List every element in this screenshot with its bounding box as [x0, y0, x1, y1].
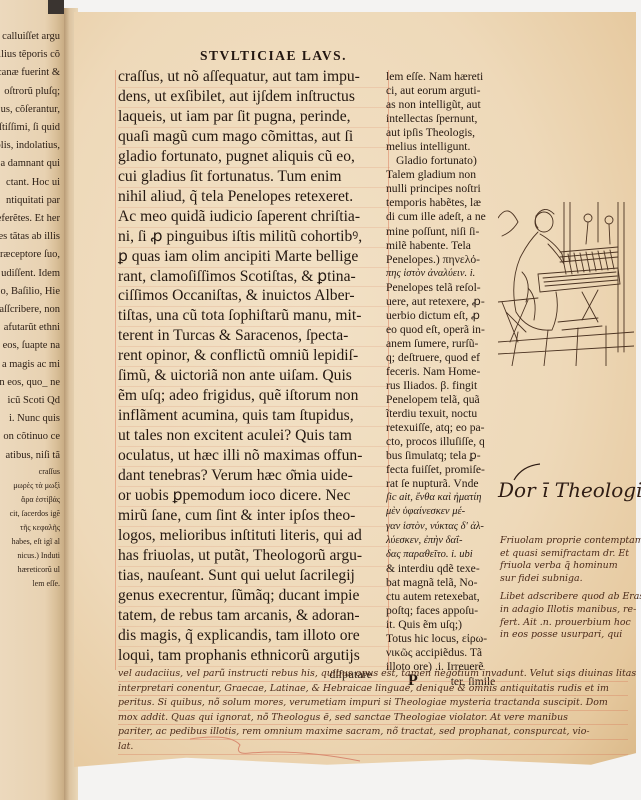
footnote-line: interpretari conentur, Graecae, Latinae,… [118, 682, 628, 697]
footnote-line: vel audaciius, vel parũ instructi rebus … [118, 667, 628, 682]
text-line: Ac meo quidã iudicio ſaperent chriſtia- [118, 208, 390, 228]
left-line: aſſcribere, non [0, 301, 60, 319]
red-margin-rule [115, 70, 116, 670]
commentary-line: Talem gladium non [386, 168, 504, 182]
left-line: ctant. Hoc ui [0, 174, 60, 192]
text-line: quaſi magũ cum mago cõmittas, aut ſi [118, 128, 390, 148]
penelope-loom-drawing [498, 202, 634, 366]
text-line: ẽm uſq; adeo frigidus, quẽ iſtorum non [118, 387, 390, 407]
left-line: us, cõſerantur, [0, 101, 60, 119]
commentary-line: q; deſtruere, quod ef [386, 351, 504, 365]
left-note-line: ἄρα ἐστίβάς [0, 493, 60, 507]
commentary-line: Penelopes telã reſol- [386, 281, 504, 295]
left-note-line: craſſus [0, 465, 60, 479]
text-line: nihil aliud, q̃ tela Penelopes retexeret… [118, 188, 390, 208]
commentary-line: Gladio fortunato) [386, 154, 504, 168]
commentary-line: fecta fuiſſet, promiſe- [386, 463, 504, 477]
commentary-line: bat magnã telã, No- [386, 576, 504, 590]
left-line: n eos, quo_ ne [0, 374, 60, 392]
left-line: udiſſent. Idem [0, 265, 60, 283]
left-line: oſtrorũ pluſq; [0, 83, 60, 101]
left-line: eferẽtes. Et her [0, 210, 60, 228]
text-line: ut tales non excitent aculei? Quis tam [118, 427, 390, 447]
left-line: es tãtas ab illis [0, 228, 60, 246]
commentary-line: as non intelligũt, aut [386, 98, 504, 112]
commentary-line: melius intelligunt. [386, 140, 504, 154]
commentary-line: μὲν ὑφαίνεσκεν μέ- [386, 505, 504, 519]
left-line: a magis ac mi [0, 356, 60, 374]
commentary-line: Totus hic locus, εἰρω- [386, 632, 504, 646]
commentary-line: uerbio dictum eſt, ꝓ [386, 309, 504, 323]
commentary-line: retexuiſſe, atq; eo pa- [386, 421, 504, 435]
text-line: cui gladius ſit fortunatus. Tum enim [118, 168, 390, 188]
left-note-line: hæreticorũ ul [0, 563, 60, 577]
text-line: dens, ut exſibilet, aut ijſdem inſtructu… [118, 88, 390, 108]
main-text-column: craſſus, ut nõ aſſequatur, aut tam impu-… [118, 68, 390, 681]
text-line: tias, nauſeant. Sunt qui uelut ſacrilegi… [118, 567, 390, 587]
commentary-line: it. Quis ẽm uſq;) [386, 618, 504, 632]
left-line: eos, ſuapte na [0, 337, 60, 355]
commentary-line: anem ſumere, rurſũ- [386, 337, 504, 351]
left-line: icũ Scoti Qd [0, 392, 60, 410]
left-line: atibus, niſi tã [0, 447, 60, 465]
red-ink-flourish [170, 735, 370, 765]
left-line: llius tẽporis cõ [0, 46, 60, 64]
commentary-column: lem eſſe. Nam hæreti ci, aut eorum argut… [386, 70, 504, 689]
left-line: ſtiſſimi, ſi quid [0, 119, 60, 137]
commentary-line: ci, aut eorum arguti- [386, 84, 504, 98]
text-line: tatem, de rebus tam arcanis, & adoran- [118, 607, 390, 627]
left-line: o, Baſilio, Hie [0, 283, 60, 301]
commentary-line: nulli principes noſtri [386, 182, 504, 196]
left-line: on cõtinuo ce [0, 428, 60, 446]
commentary-line: γαν ἱστὸν, νύκτας δ' ἀλ- [386, 520, 504, 534]
commentary-line: rus Iliados. β. fingit [386, 379, 504, 393]
text-line: oculatus, ut hæc illi nõ maximas offun- [118, 447, 390, 467]
left-line: i. Nunc quis [0, 410, 60, 428]
commentary-line: δας παραθεῖτο. i. ubi [386, 548, 504, 562]
footnote-line: mox addit. Quas qui ignorat, nõ Theologu… [118, 711, 628, 726]
commentary-line: νικῶς accipiẽdus. Tã [386, 646, 504, 660]
text-line: dant tenebras? Verum hæc o͂mia uide- [118, 467, 390, 487]
footnote-line: peritus. Si quibus, nõ solum mores, veru… [118, 696, 628, 711]
left-note-line: habes, eſt igĩ al [0, 535, 60, 549]
left-line: canæ fuerint & [0, 64, 60, 82]
left-page-text: calluiſſet argu llius tẽporis cõ canæ fu… [0, 28, 60, 591]
commentary-line: lem eſſe. Nam hæreti [386, 70, 504, 84]
margin-note-line: sur fidei subniga. [500, 573, 641, 586]
text-line: rent opinor, & conflictũ omniũ lepidiſ- [118, 347, 390, 367]
text-line: ꝑ quas iam olim ancipiti Marte bellige [118, 248, 390, 268]
text-line: has friuolas, ut putãt, Theologorũ argu- [118, 547, 390, 567]
commentary-line: poſtq; faces appoſu- [386, 604, 504, 618]
margin-note-line: fert. Ait .n. prouerbium hoc [500, 617, 641, 630]
left-note-line: cit, ſacerdos igẽ [0, 507, 60, 521]
commentary-line: ſic ait, ἔνθα καὶ ἠματίη [386, 491, 504, 505]
commentary-line: uere, aut retexere, ꝓ- [386, 295, 504, 309]
commentary-line: di cum ille adeſt, a ne [386, 210, 504, 224]
text-line: genus execrentur, ſũmãq; ducant impie [118, 587, 390, 607]
left-line: ræceptore ſuo, [0, 246, 60, 264]
binding-shadow [48, 0, 64, 14]
left-line: olis, indolatius, [0, 137, 60, 155]
left-note-line: τῆς κεφαλῆς [0, 521, 60, 535]
commentary-line: λύεσκεν, ἐπὴν δαΐ- [386, 534, 504, 548]
text-line: ciſſimos Occaniſtas, & inuictos Alber- [118, 287, 390, 307]
text-line: terent in Turcas & Saracenos, ſpecta- [118, 327, 390, 347]
commentary-line: feceris. Nam Home- [386, 365, 504, 379]
commentary-line: ctu autem retexebat, [386, 590, 504, 604]
commentary-line: milẽ habente. Tela [386, 239, 504, 253]
left-line: a damnant qui [0, 155, 60, 173]
text-line: inflãment acumina, quis tam ſtupidus, [118, 407, 390, 427]
text-line: rant, clamoſiſſimos Scotiſtas, & ꝑtina- [118, 268, 390, 288]
commentary-line: intellectas ſpernunt, [386, 112, 504, 126]
left-note-line: lem eſſe. [0, 577, 60, 591]
text-line: loqui, tam prophanis ethnicorũ argutijs [118, 647, 390, 667]
text-line: mirũ ſane, cum ſint & inter ipſos theo- [118, 507, 390, 527]
commentary-line: Penelopes.) πηνελό- [386, 253, 504, 267]
text-line: tiſtas, una cũ tota ſophiſtarũ manu, mit… [118, 307, 390, 327]
margin-note-line: in eos posse usurpari, qui [500, 629, 641, 642]
running-head: STVLTICIAE LAVS. [200, 48, 400, 64]
pen-flourish [512, 462, 542, 482]
margin-note-line: in adagio Illotis manibus, re- [500, 604, 641, 617]
margin-note-line: Friuolam proprie contemptam [500, 535, 641, 548]
commentary-line: & interdiu qdẽ texe- [386, 562, 504, 576]
margin-note-line: et quasi semifractam dr. Et [500, 548, 641, 561]
commentary-line: πης ἱστὸν ἀναλύειν. i. [386, 267, 504, 281]
text-line: or uobis ꝑpemodum ioco dicere. Nec [118, 487, 390, 507]
text-line: ni, ſi ꝓ pinguibus iſtis militũ cohortib… [118, 228, 390, 248]
text-line: craſſus, ut nõ aſſequatur, aut tam impu- [118, 68, 390, 88]
commentary-line: aut ipſis Theologis, [386, 126, 504, 140]
left-line: calluiſſet argu [0, 28, 60, 46]
commentary-line: Penelopem telã, quã [386, 393, 504, 407]
left-line: ntiquitati par [0, 192, 60, 210]
commentary-line: eo quod eſt, operã in- [386, 323, 504, 337]
commentary-line: ĩterdiu texuit, noctu [386, 407, 504, 421]
text-line: logos, melioribus inſtituti literis, qui… [118, 527, 390, 547]
text-line: dis magis, q̃ explicandis, tam illoto or… [118, 627, 390, 647]
commentary-line: bus ſimulatq; tela ꝑ- [386, 449, 504, 463]
left-line: afutarũt ethni [0, 319, 60, 337]
margin-note-line: friuola verba q̃ hominum [500, 560, 641, 573]
left-note-line: μωρὲς τὰ μωξὶ [0, 479, 60, 493]
commentary-line: rat ſe nupturã. Vnde [386, 477, 504, 491]
handwritten-margin-notes: Friuolam proprie contemptam et quasi sem… [500, 535, 641, 642]
commentary-line: cto, procos illuſiſſe, q [386, 435, 504, 449]
left-facing-page: calluiſſet argu llius tẽporis cõ canæ fu… [0, 0, 64, 800]
margin-note-line: Libet adscribere quod ab Eras [500, 591, 641, 604]
text-line: laqueis, ut iam par ſit pugna, perinde, [118, 108, 390, 128]
commentary-line: temporis habẽtes, læ [386, 196, 504, 210]
text-line: ſimũ, & uictoriã non ante uiſam. Quis [118, 367, 390, 387]
left-note-line: nicus.) Induti [0, 549, 60, 563]
text-line: gladio fortunato, pugnet aliquis cũ eo, [118, 148, 390, 168]
commentary-line: mine poſſunt, niſi ſi- [386, 225, 504, 239]
